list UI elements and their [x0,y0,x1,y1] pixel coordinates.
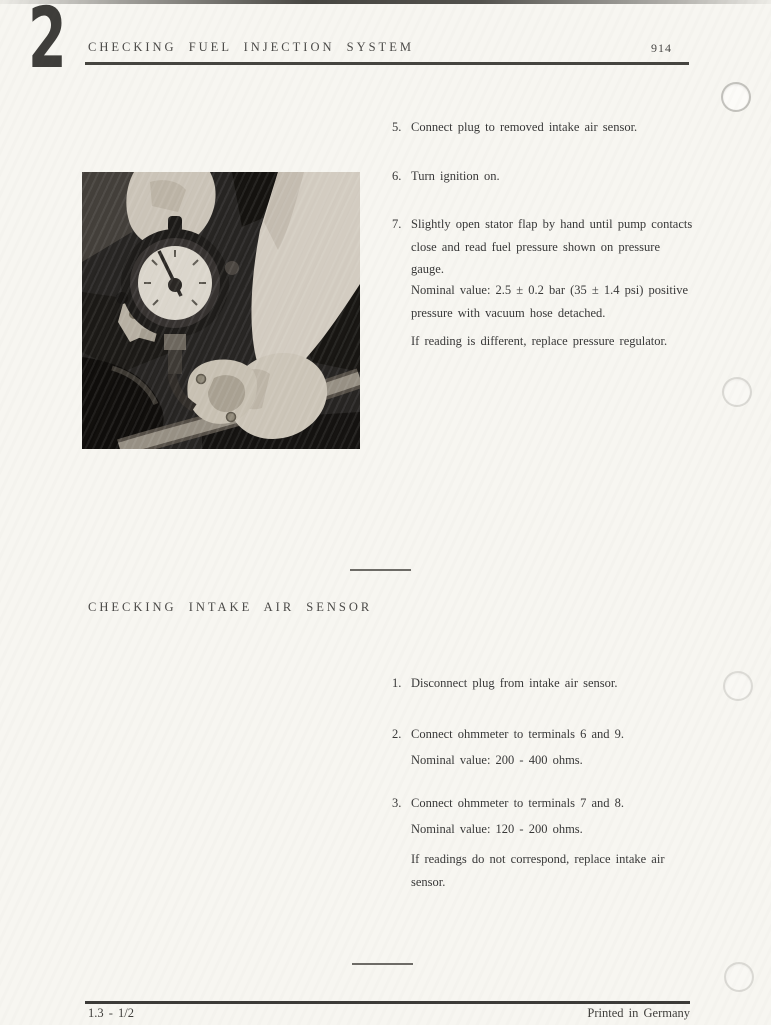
model-page-number: 914 [651,41,672,56]
printed-in-germany: Printed in Germany [587,1006,690,1021]
page-title: CHECKING FUEL INJECTION SYSTEM [88,40,414,55]
footer-rule [85,1001,690,1004]
step-text: Connect plug to removed intake air senso… [411,116,695,139]
nominal-value-note: Nominal value: 200 - 400 ohms. [411,749,695,772]
step-number: 5. [392,116,411,139]
nominal-value-note: Nominal value: 120 - 200 ohms. [411,818,695,841]
step-number: 2. [392,723,411,746]
chapter-number: 2 [28,4,65,72]
if-different-note: If readings do not correspond, replace i… [411,848,695,893]
doc-number: 1.3 - 1/2 [88,1006,134,1021]
if-different-note: If reading is different, replace pressur… [411,330,695,353]
step-3: 3. Connect ohmmeter to terminals 7 and 8… [392,792,695,815]
photo-illustration [82,172,360,449]
step-text: Connect ohmmeter to terminals 7 and 8. [411,792,695,815]
section2-title: CHECKING INTAKE AIR SENSOR [88,600,372,615]
photo-pressure-gauge [82,172,360,449]
scan-top-edge [0,0,771,4]
step-text: Slightly open stator flap by hand until … [411,213,695,281]
step-2: 2. Connect ohmmeter to terminals 6 and 9… [392,723,695,746]
step-7: 7. Slightly open stator flap by hand unt… [392,213,695,281]
step-number: 3. [392,792,411,815]
punch-hole [722,377,752,407]
section-divider [350,569,411,571]
punch-hole [721,82,751,112]
step-6: 6. Turn ignition on. [392,165,695,188]
step-text: Turn ignition on. [411,165,695,188]
step-text: Connect ohmmeter to terminals 6 and 9. [411,723,695,746]
punch-hole [723,671,753,701]
section-divider [352,963,413,965]
step-1: 1. Disconnect plug from intake air senso… [392,672,695,695]
footer: 1.3 - 1/2 Printed in Germany [88,1006,690,1021]
step-5: 5. Connect plug to removed intake air se… [392,116,695,139]
step-number: 1. [392,672,411,695]
step-number: 6. [392,165,411,188]
manual-page: 2 CHECKING FUEL INJECTION SYSTEM 914 [0,0,771,1025]
punch-hole [724,962,754,992]
header-rule [85,62,689,65]
step-text: Disconnect plug from intake air sensor. [411,672,695,695]
step-number: 7. [392,213,411,281]
nominal-value-note: Nominal value: 2.5 ± 0.2 bar (35 ± 1.4 p… [411,279,695,324]
